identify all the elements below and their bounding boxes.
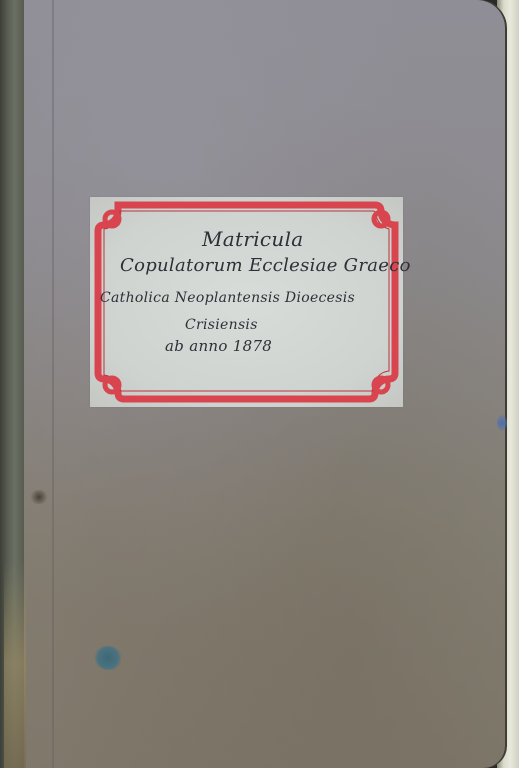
- label-line-title: Matricula: [202, 227, 304, 251]
- label-handwriting: Matricula Copulatorum Ecclesiae Graeco C…: [90, 197, 403, 407]
- label-line-4: Crisiensis: [185, 317, 258, 333]
- spine-wear: [4, 560, 26, 768]
- label-line-2: Copulatorum Ecclesiae Graeco: [120, 255, 411, 276]
- label-line-date: ab anno 1878: [165, 337, 272, 355]
- ink-blot: [94, 646, 122, 670]
- label-line-3: Catholica Neoplantensis Dioecesis: [100, 290, 355, 306]
- cover-fold-line: [52, 0, 54, 768]
- dark-stain: [30, 490, 48, 504]
- edge-ink-stain: [497, 415, 507, 431]
- cover-label: Matricula Copulatorum Ecclesiae Graeco C…: [90, 197, 403, 407]
- book-cover: Matricula Copulatorum Ecclesiae Graeco C…: [0, 0, 507, 768]
